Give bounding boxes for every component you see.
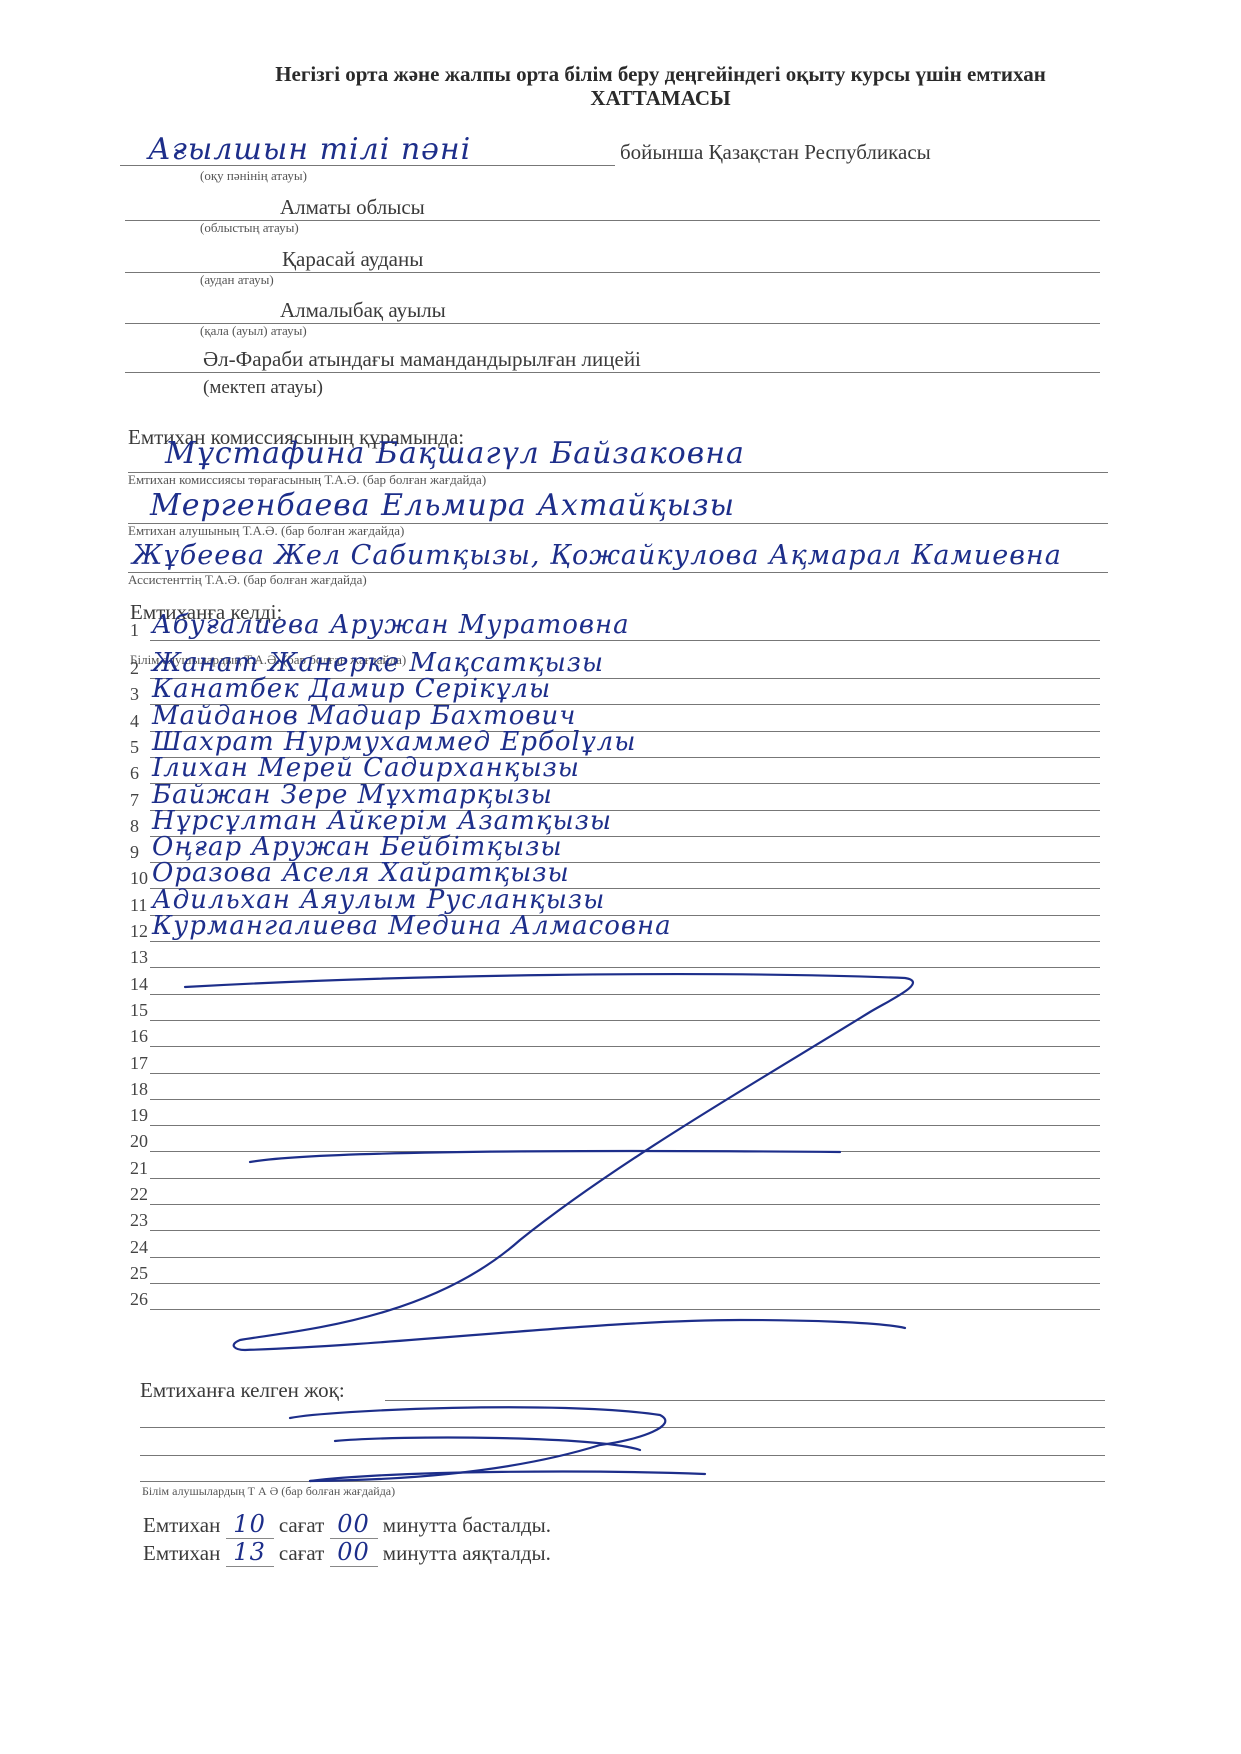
end-suffix: минутта аяқталды. (383, 1541, 551, 1565)
attendee-name: Курмангалиева Медина Алмасовна (152, 911, 672, 941)
subject-suffix: бойынша Қазақстан Республикасы (620, 140, 931, 165)
attendee-underline (150, 1178, 1100, 1179)
attendee-underline (150, 1257, 1100, 1258)
attendee-number: 13 (130, 947, 160, 968)
district-caption: (аудан атауы) (200, 272, 274, 288)
attendee-number: 18 (130, 1079, 160, 1100)
attendee-underline (150, 1073, 1100, 1074)
attendee-underline (150, 1125, 1100, 1126)
start-hour: 10 (226, 1510, 274, 1539)
region-value: Алматы облысы (280, 195, 425, 220)
locality-caption: (қала (ауыл) атауы) (200, 323, 307, 339)
commission-assistants-value: Жұбеева Жел Сабитқызы, Қожайкулова Ақмар… (132, 540, 1062, 571)
attendee-number: 24 (130, 1237, 160, 1258)
attendee-number: 16 (130, 1026, 160, 1047)
subject-value: Ағылшын тілі пәні (148, 132, 471, 167)
attendee-number: 22 (130, 1184, 160, 1205)
end-mid: сағат (279, 1541, 324, 1565)
subject-caption: (оқу пәнінің атауы) (200, 168, 307, 184)
attendee-number: 25 (130, 1263, 160, 1284)
attendee-underline (150, 1283, 1100, 1284)
start-mid: сағат (279, 1513, 324, 1537)
commission-chair-value: Мұстафина Бақшагүл Байзаковна (165, 436, 745, 471)
absent-line-2 (140, 1427, 1105, 1428)
absent-caption: Білім алушылардың Т А Ә (бар болған жағд… (142, 1484, 395, 1499)
attendee-underline (150, 994, 1100, 995)
attendee-number: 20 (130, 1131, 160, 1152)
attendee-underline (150, 1151, 1100, 1152)
attendee-number: 14 (130, 974, 160, 995)
attendee-underline (150, 1230, 1100, 1231)
attendee-underline (150, 1309, 1100, 1310)
start-suffix: минутта басталды. (383, 1513, 551, 1537)
start-minute: 00 (330, 1510, 378, 1539)
attendee-number: 17 (130, 1053, 160, 1074)
commission-chair-caption: Емтихан комиссиясы төрағасының Т.А.Ә. (б… (128, 472, 486, 488)
school-value: Әл-Фараби атындағы мамандандырылған лице… (203, 347, 641, 372)
end-prefix: Емтихан (143, 1541, 220, 1565)
attendee-number: 15 (130, 1000, 160, 1021)
district-value: Қарасай ауданы (282, 247, 423, 272)
commission-examiner-caption: Емтихан алушының Т.А.Ә. (бар болған жағд… (128, 523, 404, 539)
protocol-title: Негізгі орта және жалпы орта білім беру … (0, 62, 1241, 87)
attendee-underline (150, 1046, 1100, 1047)
attendee-number: 21 (130, 1158, 160, 1179)
attendee-number: 19 (130, 1105, 160, 1126)
protocol-subtitle: ХАТТАМАСЫ (0, 86, 1241, 111)
attendee-underline (150, 1099, 1100, 1100)
school-underline (125, 372, 1100, 373)
commission-assistants-caption: Ассистенттің Т.А.Ә. (бар болған жағдайда… (128, 572, 367, 588)
start-prefix: Емтихан (143, 1513, 220, 1537)
absent-line-1 (385, 1400, 1105, 1401)
locality-value: Алмалыбақ ауылы (280, 298, 446, 323)
school-caption: (мектеп атауы) (203, 377, 323, 399)
attendee-underline (150, 640, 1100, 641)
attendee-underline (150, 941, 1100, 942)
end-time-row: Емтихан 13 сағат 00 минутта аяқталды. (143, 1538, 551, 1567)
attendee-name: Абуғалиева Аружан Муратовна (152, 610, 630, 640)
absent-heading: Емтиханға келген жоқ: (140, 1378, 345, 1403)
attendee-underline (150, 967, 1100, 968)
commission-examiner-value: Мергенбаева Ельмира Ахтайқызы (150, 488, 735, 523)
attendee-underline (150, 1204, 1100, 1205)
attendee-number: 26 (130, 1289, 160, 1310)
end-hour: 13 (226, 1538, 274, 1567)
absent-line-3 (140, 1455, 1105, 1456)
attendee-number: 23 (130, 1210, 160, 1231)
subject-underline (120, 165, 615, 166)
region-caption: (облыстың атауы) (200, 220, 299, 236)
start-time-row: Емтихан 10 сағат 00 минутта басталды. (143, 1510, 551, 1539)
attendee-underline (150, 1020, 1100, 1021)
absent-line-4 (140, 1481, 1105, 1482)
end-minute: 00 (330, 1538, 378, 1567)
